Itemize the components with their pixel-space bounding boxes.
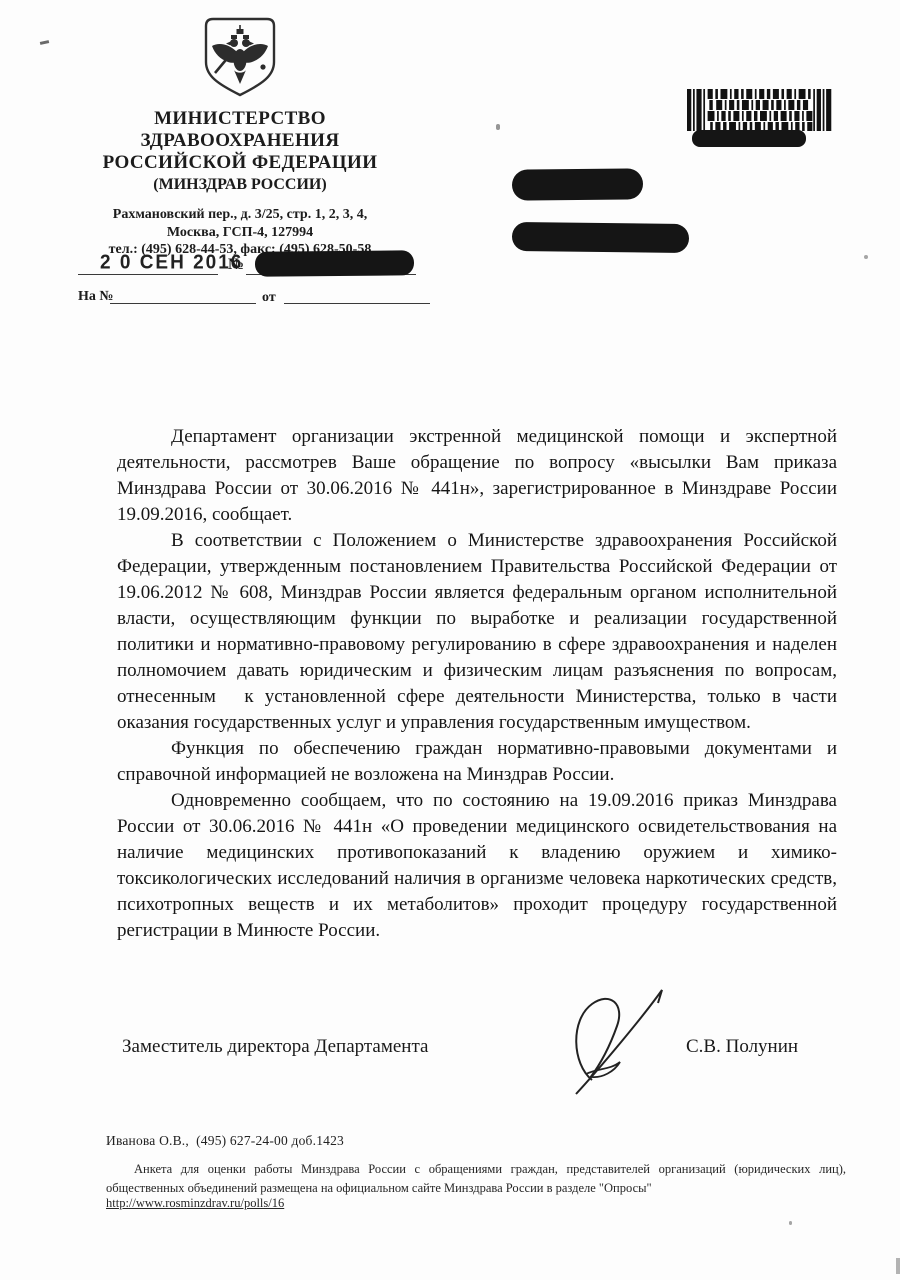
executor-contact: Иванова О.В., (495) 627-24-00 доб.1423 xyxy=(106,1133,344,1149)
reply-date-label: от xyxy=(262,290,276,306)
org-name-line: МИНИСТЕРСТВО xyxy=(75,108,405,130)
scan-speck xyxy=(40,40,49,45)
scan-speck xyxy=(864,255,868,259)
letterhead: МИНИСТЕРСТВО ЗДРАВООХРАНЕНИЯ РОССИЙСКОЙ … xyxy=(75,16,405,259)
survey-link: http://www.rosminzdrav.ru/polls/16 xyxy=(106,1196,284,1211)
signer-name: С.В. Полунин xyxy=(686,1036,798,1058)
body-paragraph-2: В соответствии с Положением о Министерст… xyxy=(117,528,837,736)
barcode-icon xyxy=(687,89,833,131)
redaction-bar-addressee-2 xyxy=(512,222,689,253)
reply-number-label: На № xyxy=(78,289,113,305)
body-paragraph-4: Одновременно сообщаем, что по состоянию … xyxy=(117,788,837,944)
org-name-line: ЗДРАВООХРАНЕНИЯ xyxy=(75,130,405,152)
body-paragraph-1: Департамент организации экстренной медиц… xyxy=(117,424,837,528)
org-name-line: РОССИЙСКОЙ ФЕДЕРАЦИИ xyxy=(75,152,405,174)
number-label: № xyxy=(228,256,244,274)
redaction-bar-addressee-1 xyxy=(512,168,643,200)
scan-speck xyxy=(789,1221,792,1225)
letter-body: Департамент организации экстренной медиц… xyxy=(117,424,837,944)
letter-page: МИНИСТЕРСТВО ЗДРАВООХРАНЕНИЯ РОССИЙСКОЙ … xyxy=(0,0,900,1280)
reply-date-underline xyxy=(284,303,430,304)
coat-of-arms-icon xyxy=(202,16,278,100)
date-stamp: 2 0 СЕН 2016 xyxy=(100,251,243,275)
address-line-1: Рахмановский пер., д. 3/25, стр. 1, 2, 3… xyxy=(75,206,405,224)
scan-speck xyxy=(896,1258,900,1274)
scan-speck xyxy=(496,124,500,130)
signer-position-title: Заместитель директора Департамента xyxy=(122,1036,428,1058)
date-underline xyxy=(78,274,218,275)
body-paragraph-3: Функция по обеспечению граждан нормативн… xyxy=(117,736,837,788)
redaction-bar-barcode xyxy=(692,130,806,147)
address-line-2: Москва, ГСП-4, 127994 xyxy=(75,224,405,242)
redaction-bar-number xyxy=(255,250,414,276)
org-short-name: (МИНЗДРАВ РОССИИ) xyxy=(75,175,405,195)
reply-number-underline xyxy=(110,303,256,304)
survey-note: Анкета для оценки работы Минздрава Росси… xyxy=(106,1160,846,1198)
